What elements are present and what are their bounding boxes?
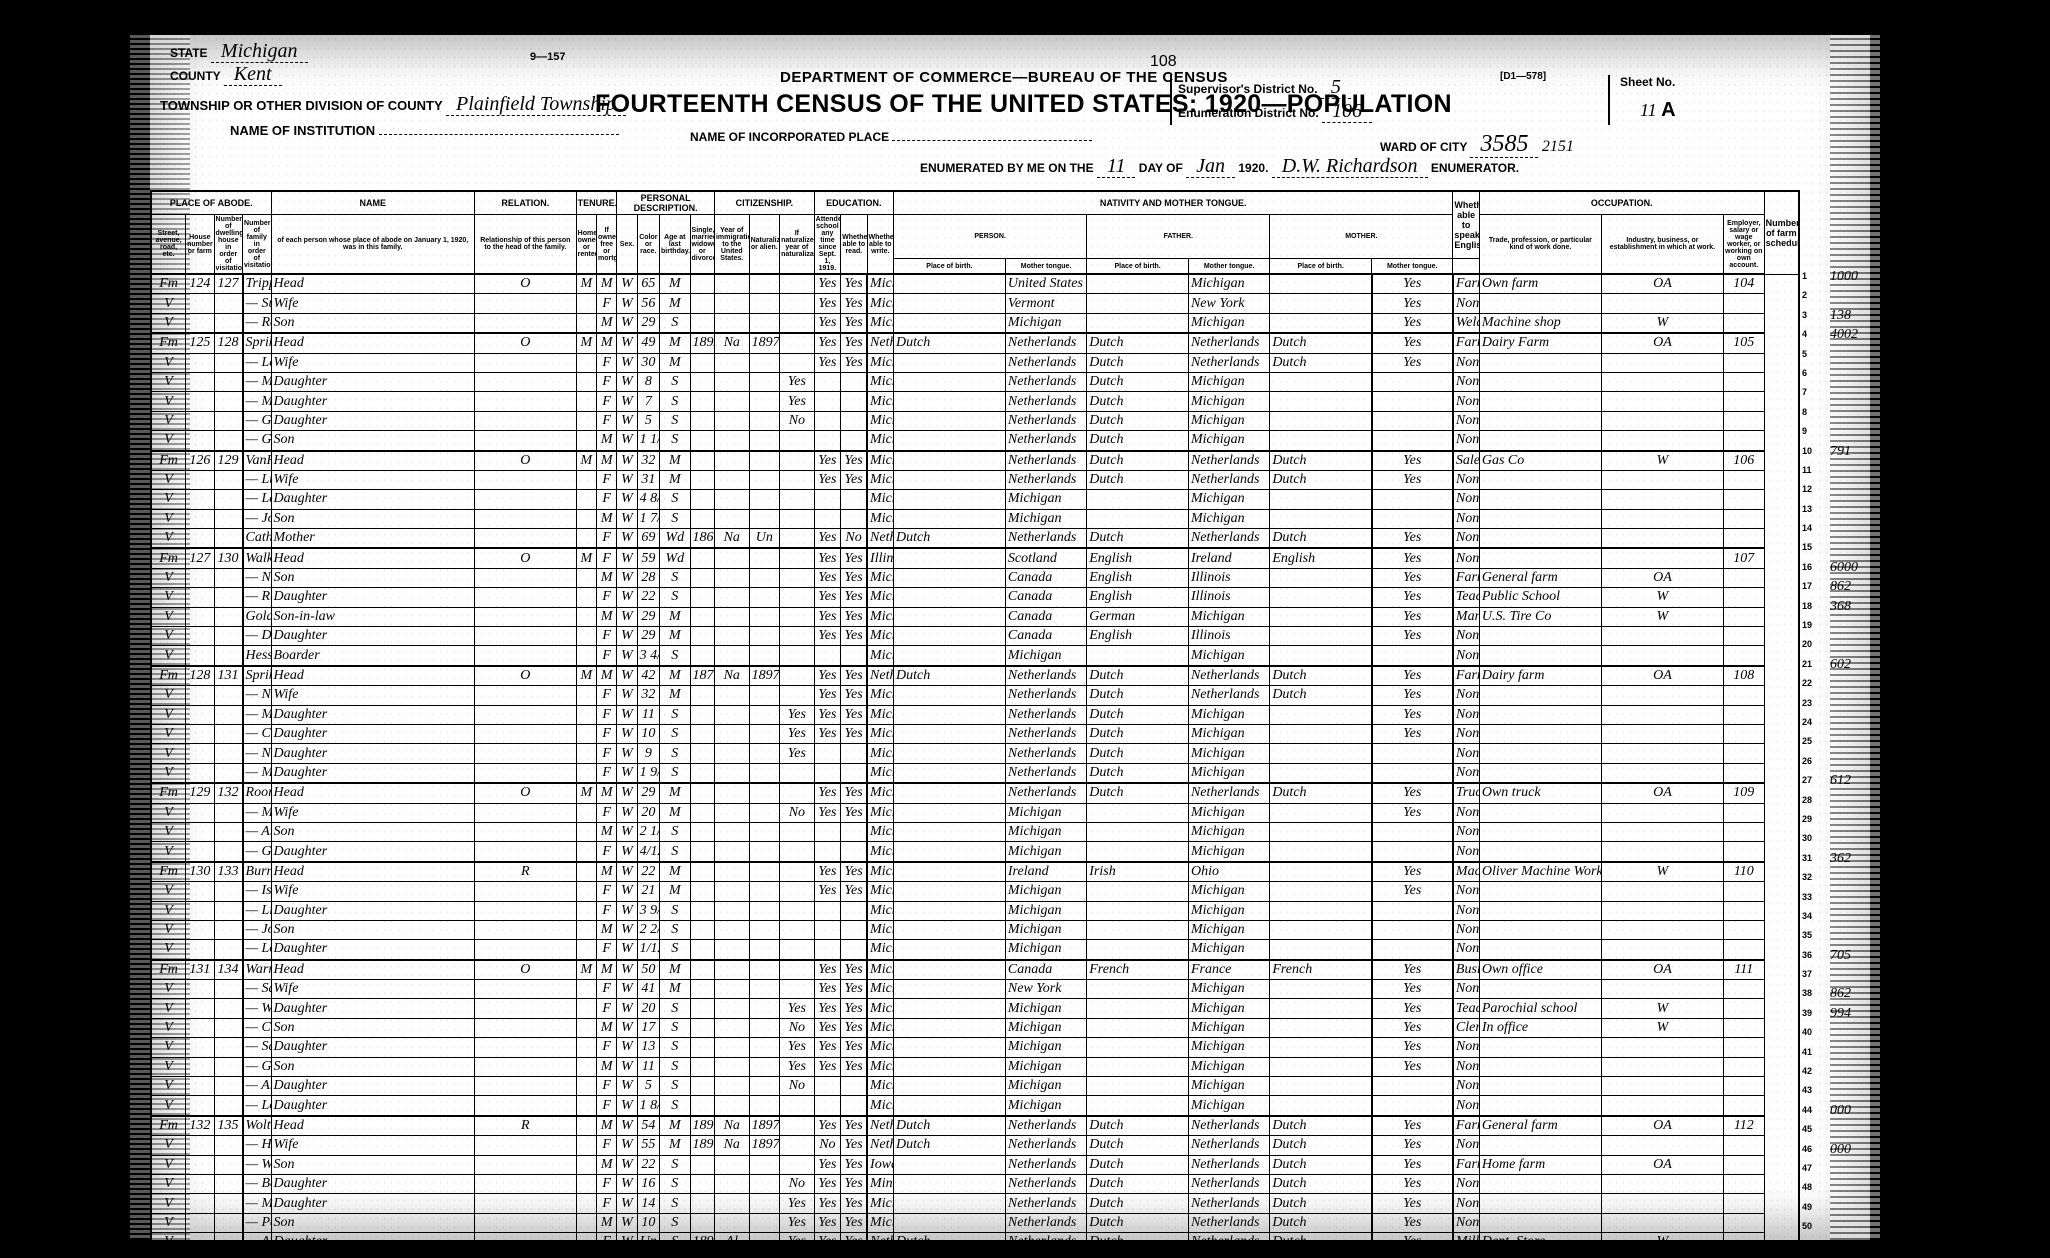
mortgage-status: [576, 313, 596, 333]
farm-schedule: [1723, 568, 1764, 587]
can-write: Yes: [841, 724, 867, 743]
home-owned: [474, 568, 576, 587]
immigration-year: [690, 763, 714, 783]
dwelling-number: [186, 1096, 214, 1116]
read-header: Whether able to read.: [841, 215, 867, 275]
person-name: — John R.: [243, 509, 272, 528]
birthplace: Michigan: [867, 1018, 893, 1037]
farm-schedule: [1723, 842, 1764, 862]
marital-status: M: [660, 1116, 691, 1136]
naturalization-year: [749, 862, 780, 882]
sex: M: [596, 920, 616, 939]
can-read: Yes: [814, 705, 840, 724]
father-birthplace: Netherlands: [1005, 1136, 1086, 1155]
can-write: Yes: [841, 862, 867, 882]
immigration-year: [690, 1155, 714, 1174]
home-owned: O: [474, 783, 576, 803]
immigration-year: [690, 372, 714, 391]
relationship: Daughter: [271, 901, 474, 920]
age: 5: [637, 411, 659, 430]
can-read: Yes: [814, 1233, 840, 1253]
naturalization-status: [714, 901, 749, 920]
age: 29: [637, 607, 659, 626]
person-name: — Lavern C.: [243, 490, 272, 509]
mortgage-status: [576, 509, 596, 528]
father-birthplace: Michigan: [1005, 822, 1086, 841]
can-write: [841, 920, 867, 939]
family-number: [214, 294, 242, 313]
immigration-year: [690, 1077, 714, 1096]
can-write: Yes: [841, 1155, 867, 1174]
marital-status: M: [660, 274, 691, 294]
race: W: [617, 490, 637, 509]
father-tongue: Dutch: [1087, 392, 1189, 411]
birthplace: Netherlands: [867, 333, 893, 353]
margin-note: [1830, 1062, 1880, 1081]
can-read: Yes: [814, 862, 840, 882]
mother-tongue: [894, 940, 1006, 960]
sex: F: [596, 1136, 616, 1155]
table-row: V— MargueretteDaughterFW1 9/12SMichiganN…: [151, 763, 1799, 783]
mother-tongue-of-mother: [1270, 882, 1372, 901]
mother-tongue: Dutch: [894, 1136, 1006, 1155]
family-number: 135: [214, 1116, 242, 1136]
line-number: 20: [1802, 635, 1832, 654]
ward-value: 3585: [1470, 131, 1538, 158]
school-attendance: [780, 588, 815, 607]
race: W: [617, 822, 637, 841]
can-write: Yes: [841, 1174, 867, 1193]
naturalization-year: [749, 451, 780, 471]
relationship: Head: [271, 783, 474, 803]
race: W: [617, 1018, 637, 1037]
line-number: 9: [1802, 422, 1832, 441]
occupation: None: [1453, 763, 1479, 783]
birthplace: Michigan: [867, 568, 893, 587]
mortgage-status: [576, 607, 596, 626]
street-cell: V: [151, 509, 186, 528]
age: 49: [637, 333, 659, 353]
naturalization-status: Na: [714, 1116, 749, 1136]
naturalization-year: [749, 1155, 780, 1174]
can-write: [841, 1077, 867, 1096]
mother-tongue-of-mother: [1270, 822, 1372, 841]
naturalization-year: Un: [749, 529, 780, 549]
marital-status: S: [660, 431, 691, 451]
margin-note: 1000: [1830, 267, 1880, 286]
marital-status: M: [660, 333, 691, 353]
speaks-english: Yes: [1372, 451, 1453, 471]
immigration-header: Year of immigration to the United States…: [714, 215, 749, 275]
mortgage-status: [576, 490, 596, 509]
abode-group: PLACE OF ABODE.: [151, 191, 271, 215]
industry: [1479, 822, 1601, 841]
naturalization-status: [714, 744, 749, 763]
mother-tongue: [894, 1096, 1006, 1116]
school-attendance: [780, 686, 815, 705]
can-read: [814, 1077, 840, 1096]
age: 9: [637, 744, 659, 763]
mortgage-status: [576, 627, 596, 646]
mother-tongue-of-mother: [1270, 392, 1372, 411]
father-birthplace: Canada: [1005, 588, 1086, 607]
line-number: 5: [1802, 345, 1832, 364]
mother-birthplace: Michigan: [1188, 1096, 1269, 1116]
occupation: Welder: [1453, 313, 1479, 333]
birthplace: Michigan: [867, 960, 893, 980]
speaks-english: Yes: [1372, 1174, 1453, 1193]
birthplace: Michigan: [867, 999, 893, 1018]
naturalization-year: [749, 490, 780, 509]
naturalization-status: [714, 1155, 749, 1174]
mother-tongue: [894, 1213, 1006, 1232]
marital-status: M: [660, 666, 691, 686]
industry: Dairy farm: [1479, 666, 1601, 686]
immigration-year: [690, 1213, 714, 1232]
sex-header: Sex.: [617, 215, 637, 275]
farm-schedule: [1723, 980, 1764, 999]
industry: [1479, 1096, 1601, 1116]
street-cell: V: [151, 411, 186, 430]
sex: F: [596, 411, 616, 430]
can-read: [814, 490, 840, 509]
margin-note: [1830, 1043, 1880, 1062]
father-birthplace: Netherlands: [1005, 744, 1086, 763]
marital-status: S: [660, 646, 691, 666]
father-birthplace: United States: [1005, 274, 1086, 294]
birthplace: Netherlands: [867, 1116, 893, 1136]
mother-tongue: [894, 980, 1006, 999]
naturalization-year: [749, 744, 780, 763]
relationship: Wife: [271, 294, 474, 313]
table-row: V— Loretta M.DaughterFW1/12SMichiganMich…: [151, 940, 1799, 960]
can-read: [814, 822, 840, 841]
mortgage-status: [576, 724, 596, 743]
occupation: None: [1453, 1057, 1479, 1076]
street-cell: V: [151, 1018, 186, 1037]
can-write: Yes: [841, 548, 867, 568]
industry: [1479, 646, 1601, 666]
table-row: V— LauraWifeFW30MYesYesMichiganNetherlan…: [151, 353, 1799, 372]
father-tongue: Dutch: [1087, 1174, 1189, 1193]
race-header: Color or race.: [637, 215, 659, 275]
mortgage-status: [576, 822, 596, 841]
naturalization-status: [714, 960, 749, 980]
marital-status: S: [660, 744, 691, 763]
race: W: [617, 1057, 637, 1076]
family-number: [214, 392, 242, 411]
industry: [1479, 803, 1601, 822]
birthplace: Michigan: [867, 607, 893, 626]
street-cell: V: [151, 1233, 186, 1253]
table-row: VHess, MarieBoarderFW3 4/12SMichiganMich…: [151, 646, 1799, 666]
school-attendance: [780, 666, 815, 686]
line-number: 49: [1802, 1198, 1832, 1217]
person-subgroup: PERSON.: [894, 215, 1087, 259]
marital-status: S: [660, 588, 691, 607]
table-row: V— GertrudeDaughterFW5SNoMichiganNetherl…: [151, 411, 1799, 430]
naturalization-status: [714, 294, 749, 313]
line-number: 43: [1802, 1081, 1832, 1100]
naturalization-status: [714, 1018, 749, 1037]
occupation: None: [1453, 1174, 1479, 1193]
line-numbers: 1234567891011121314151617181920212223242…: [1802, 267, 1832, 1237]
street-cell: V: [151, 470, 186, 489]
farm-schedule: [1723, 1213, 1764, 1232]
employer-class: [1601, 353, 1723, 372]
father-birthplace: Netherlands: [1005, 1213, 1086, 1232]
occupation: Farmer: [1453, 333, 1479, 353]
street-cell: Fm: [151, 960, 186, 980]
can-write: No: [841, 529, 867, 549]
group-header-row: PLACE OF ABODE. NAME RELATION. TENURE. P…: [151, 191, 1799, 215]
mortgage-status: [576, 529, 596, 549]
immigration-year: [690, 822, 714, 841]
industry: [1479, 744, 1601, 763]
industry: Machine shop: [1479, 313, 1601, 333]
marital-status: S: [660, 842, 691, 862]
industry: [1479, 724, 1601, 743]
speaks-english: Yes: [1372, 333, 1453, 353]
home-owned: O: [474, 451, 576, 471]
farm-schedule: 110: [1723, 862, 1764, 882]
person-name: — Loretta M.: [243, 940, 272, 960]
dwelling-number: [186, 940, 214, 960]
can-read: No: [814, 1136, 840, 1155]
mortgage-status: M: [576, 960, 596, 980]
family-number: [214, 1077, 242, 1096]
father-tongue: [1087, 920, 1189, 939]
birthplace: Michigan: [867, 763, 893, 783]
industry: Parochial school: [1479, 999, 1601, 1018]
family-number: [214, 490, 242, 509]
can-write: [841, 646, 867, 666]
speaks-english: [1372, 372, 1453, 391]
father-birthplace: Michigan: [1005, 1077, 1086, 1096]
mother-tongue: [894, 901, 1006, 920]
mortgage-status: [576, 1077, 596, 1096]
father-birthplace: New York: [1005, 980, 1086, 999]
mortgage-status: [576, 1155, 596, 1174]
marital-status: S: [660, 940, 691, 960]
mother-tongue: [894, 920, 1006, 939]
school-attendance: Yes: [780, 744, 815, 763]
naturalization-year: [749, 1096, 780, 1116]
birthplace: Michigan: [867, 490, 893, 509]
immigration-year: [690, 1057, 714, 1076]
table-row: Fm129132Roorda, AbramHeadOMMW29MYesYesMi…: [151, 783, 1799, 803]
industry: [1479, 1213, 1601, 1232]
can-write: Yes: [841, 1038, 867, 1057]
family-number: [214, 999, 242, 1018]
street-cell: V: [151, 313, 186, 333]
street-cell: V: [151, 1174, 186, 1193]
mother-tongue: [894, 783, 1006, 803]
can-write: Yes: [841, 1213, 867, 1232]
person-name: Goldner, Maurice J.: [243, 607, 272, 626]
mortgage-status: [576, 431, 596, 451]
house-number-header: House number or farm: [186, 215, 214, 275]
table-row: V— WilliamSonMW22SYesYesIowaNetherlandsD…: [151, 1155, 1799, 1174]
mother-tongue-of-mother: Dutch: [1270, 529, 1372, 549]
table-row: V— GarrettSonMW1 1/12SMichiganNetherland…: [151, 431, 1799, 451]
person-name: — Garrett: [243, 431, 272, 451]
occupation: Teacher: [1453, 999, 1479, 1018]
speaks-english: Yes: [1372, 353, 1453, 372]
employer-class: W: [1601, 862, 1723, 882]
sheet-number: Sheet No. 11 A: [1620, 75, 1675, 89]
race: W: [617, 666, 637, 686]
naturalization-year: [749, 1077, 780, 1096]
farm-schedule: [1723, 353, 1764, 372]
school-attendance: [780, 1116, 815, 1136]
can-read: Yes: [814, 686, 840, 705]
sex: F: [596, 353, 616, 372]
father-tongue: [1087, 490, 1189, 509]
family-number: 127: [214, 274, 242, 294]
naturalization-year: [749, 353, 780, 372]
race: W: [617, 1155, 637, 1174]
immigration-year: [690, 274, 714, 294]
relationship: Son: [271, 1155, 474, 1174]
table-row: V— Charles R.SonMW17SNoYesYesMichiganMic…: [151, 1018, 1799, 1037]
mortgage-status: [576, 920, 596, 939]
marital-status: S: [660, 1057, 691, 1076]
naturalization-year: [749, 822, 780, 841]
marital-status: S: [660, 1233, 691, 1253]
margin-note: [1830, 1081, 1880, 1100]
employer-class: [1601, 1077, 1723, 1096]
mother-birthplace: Illinois: [1188, 568, 1269, 587]
occupation: Farming: [1453, 568, 1479, 587]
relationship: Wife: [271, 1136, 474, 1155]
mother-birthplace: Netherlands: [1188, 451, 1269, 471]
relationship: Daughter: [271, 1096, 474, 1116]
street-cell: V: [151, 372, 186, 391]
relationship: Son: [271, 313, 474, 333]
can-write: Yes: [841, 1018, 867, 1037]
race: W: [617, 980, 637, 999]
relationship: Wife: [271, 980, 474, 999]
occupation: None: [1453, 646, 1479, 666]
home-owned: [474, 940, 576, 960]
father-tongue: Dutch: [1087, 1233, 1189, 1253]
school-attendance: [780, 529, 815, 549]
relationship: Head: [271, 274, 474, 294]
occupation: None: [1453, 470, 1479, 489]
speaks-english: Yes: [1372, 1018, 1453, 1037]
mother-tongue-of-mother: [1270, 411, 1372, 430]
can-write: Yes: [841, 686, 867, 705]
mortgage-status: [576, 980, 596, 999]
can-write: Yes: [841, 882, 867, 901]
speaks-english: [1372, 822, 1453, 841]
mother-tongue-of-mother: [1270, 313, 1372, 333]
speaks-english: Yes: [1372, 882, 1453, 901]
farm-schedule: [1723, 627, 1764, 646]
employer-class: OA: [1601, 568, 1723, 587]
margin-note: [1830, 422, 1880, 441]
sex: F: [596, 980, 616, 999]
naturalized-header: Naturalized or alien.: [749, 215, 780, 275]
employer-class: [1601, 392, 1723, 411]
table-row: Fm127130Walker, Carrie E.HeadOMFW59WdYes…: [151, 548, 1799, 568]
employer-class: [1601, 803, 1723, 822]
table-row: V— NellieDaughterFW9SYesMichiganNetherla…: [151, 744, 1799, 763]
year-label: 1920.: [1238, 161, 1268, 175]
father-tongue-header: Mother tongue.: [1188, 259, 1269, 274]
line-number: 12: [1802, 480, 1832, 499]
marital-status: S: [660, 1174, 691, 1193]
speaks-english: [1372, 411, 1453, 430]
father-birthplace: Netherlands: [1005, 411, 1086, 430]
mortgage-status: [576, 1136, 596, 1155]
family-number: [214, 822, 242, 841]
family-header: Number of family in order of visitation: [243, 215, 272, 275]
home-owned: O: [474, 274, 576, 294]
naturalization-status: [714, 862, 749, 882]
person-name: — Ray L.: [243, 313, 272, 333]
dwelling-number: [186, 1233, 214, 1253]
naturalization-status: [714, 980, 749, 999]
line-number: 21: [1802, 655, 1832, 674]
school-attendance: [780, 431, 815, 451]
industry: [1479, 686, 1601, 705]
race: W: [617, 1116, 637, 1136]
table-row: V— Daisy E.DaughterFW29MYesYesMichiganCa…: [151, 627, 1799, 646]
mortgage-status: M: [576, 333, 596, 353]
speaks-english: Yes: [1372, 724, 1453, 743]
street-cell: V: [151, 1213, 186, 1232]
margin-note: 862: [1830, 577, 1880, 596]
mother-tongue: [894, 470, 1006, 489]
dwelling-number: [186, 588, 214, 607]
write-header: Whether able to write.: [867, 215, 893, 275]
family-number: [214, 1233, 242, 1253]
immigration-year: [690, 999, 714, 1018]
person-name: — Anna: [243, 1233, 272, 1253]
sheet-letter: A: [1661, 99, 1675, 121]
person-name: — Willie M.: [243, 999, 272, 1018]
age: 69: [637, 529, 659, 549]
birthplace: Michigan: [867, 411, 893, 430]
occupation: None: [1453, 803, 1479, 822]
race: W: [617, 333, 637, 353]
race: W: [617, 1194, 637, 1213]
birthplace: Michigan: [867, 470, 893, 489]
relationship: Daughter: [271, 1174, 474, 1193]
mortgage-status: [576, 392, 596, 411]
mother-tongue: [894, 411, 1006, 430]
family-number: [214, 803, 242, 822]
person-name: — Marie: [243, 705, 272, 724]
school-attendance: [780, 960, 815, 980]
mother-tongue: [894, 627, 1006, 646]
margin-note: [1830, 829, 1880, 848]
mother-tongue-of-mother: [1270, 1057, 1372, 1076]
mother-birthplace: Illinois: [1188, 627, 1269, 646]
person-name: Walker, Carrie E.: [243, 548, 272, 568]
farm-schedule: [1723, 490, 1764, 509]
enumeration-label: Enumeration District No.: [1178, 106, 1319, 120]
industry-header: Industry, business, or establishment in …: [1601, 215, 1723, 275]
father-tongue: Dutch: [1087, 1213, 1189, 1232]
immigration-year: [690, 686, 714, 705]
birthplace: Michigan: [867, 842, 893, 862]
person-name: Sprik, Cornelius: [243, 333, 272, 353]
farm-schedule: [1723, 588, 1764, 607]
speaks-english: [1372, 744, 1453, 763]
